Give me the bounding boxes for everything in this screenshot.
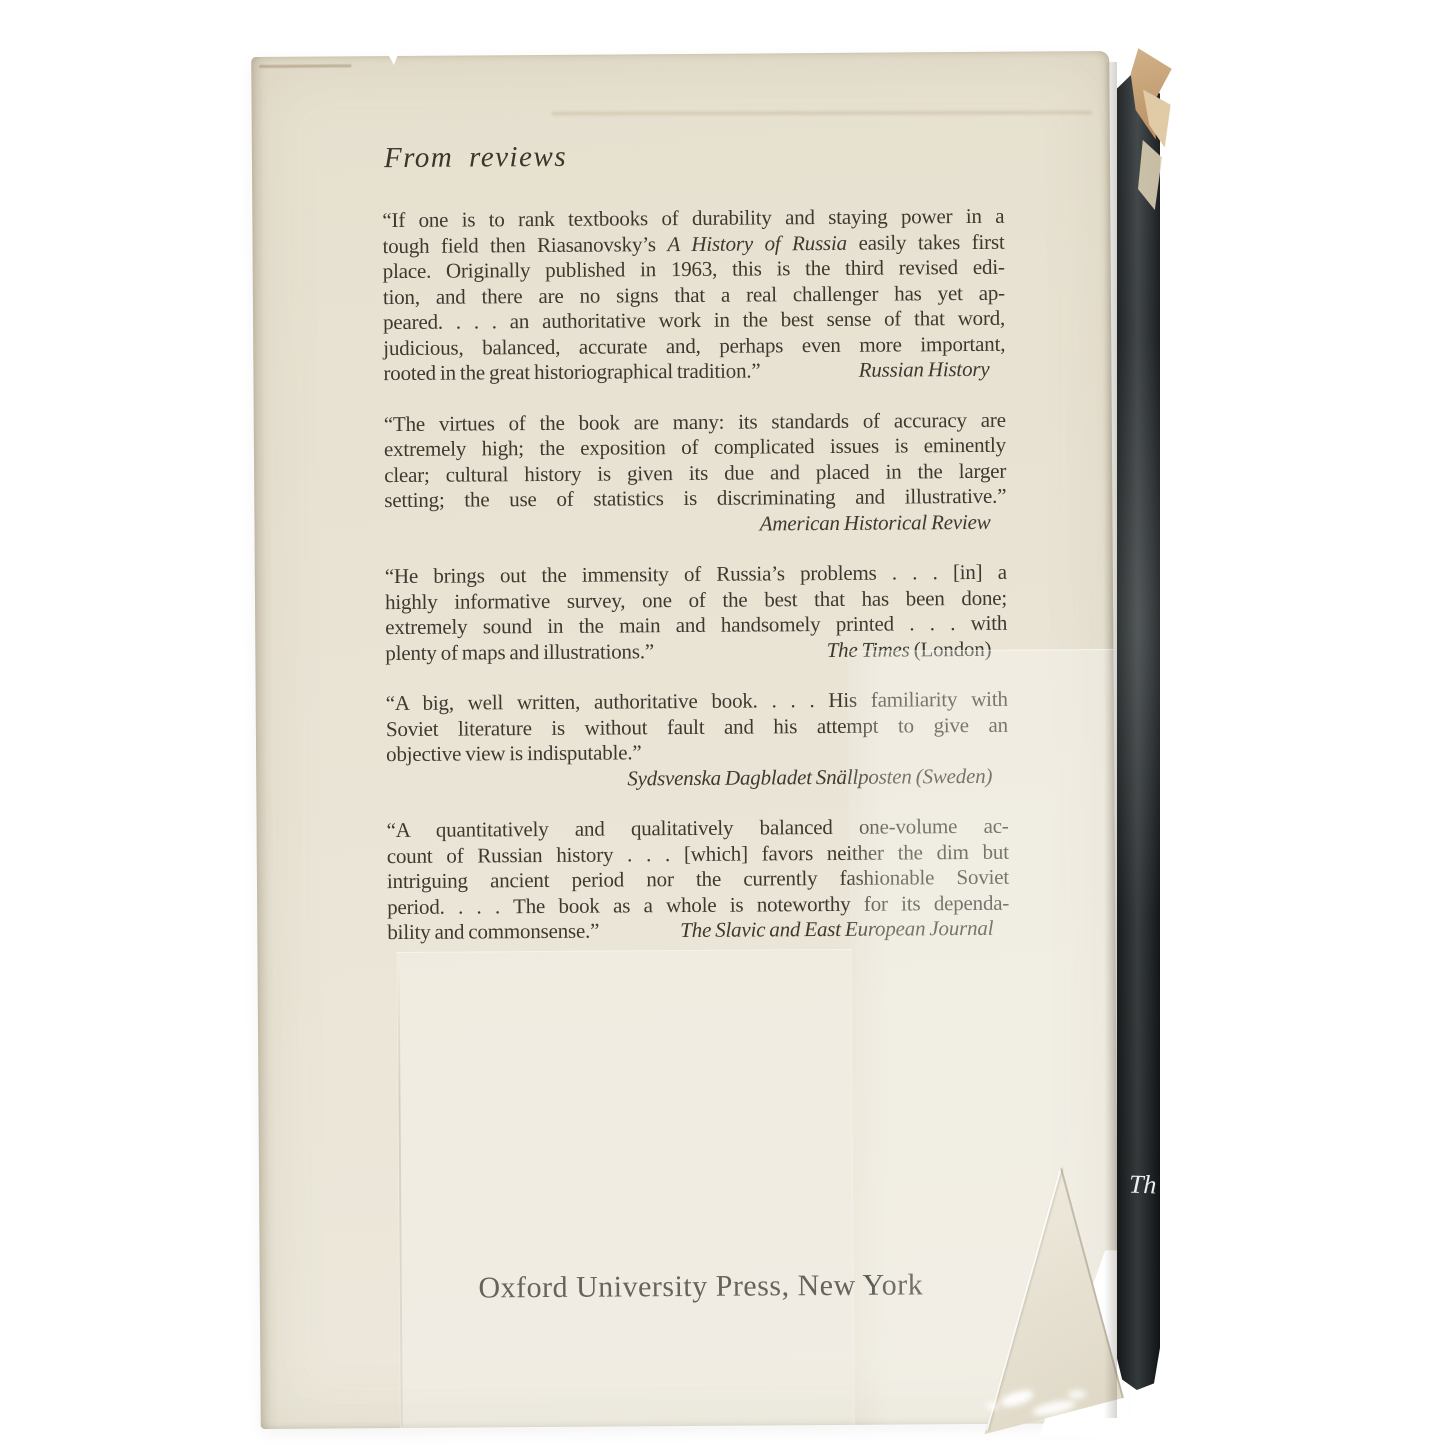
review-text: peared. . . . an authoritative work in t… bbox=[383, 306, 1005, 334]
review-text-italic: American Historical Review bbox=[760, 509, 991, 535]
review-text-italic: The Times bbox=[827, 637, 910, 662]
review-text: “A big, well written, authoritative book… bbox=[386, 687, 1008, 715]
review-line-text: plenty of maps and illustrations.” bbox=[385, 639, 654, 666]
review-text: objective view is indisputable.” bbox=[386, 740, 642, 766]
review-line: rooted in the great historiographical tr… bbox=[383, 357, 1005, 387]
review-text: judicious, balanced, accurate and, perha… bbox=[383, 331, 1005, 359]
review-attribution: Sydsvenska Dagbladet Snällposten (Sweden… bbox=[386, 763, 1008, 793]
light-reflection-band-bottom bbox=[396, 949, 854, 1429]
review-text: (London) bbox=[910, 636, 992, 661]
top-edge-scuff bbox=[259, 64, 351, 68]
review-text: “He brings out the immensity of Russia’s… bbox=[385, 560, 1007, 588]
review-text: tion, and there are no signs that a real… bbox=[383, 280, 1005, 308]
cover-spine-gap-shadow bbox=[1104, 62, 1117, 1418]
cover-left-edge-wear bbox=[251, 57, 279, 1429]
review-text: setting; the use of statistics is discri… bbox=[384, 484, 1006, 512]
review-quote: “The virtues of the book are many: its s… bbox=[384, 407, 1007, 539]
review-text: period. . . . The book as a whole is not… bbox=[387, 890, 1009, 918]
review-text-italic: The Slavic and East European Journal bbox=[680, 916, 993, 942]
review-text: rooted in the great historiographical tr… bbox=[383, 358, 760, 385]
cover-printed-content: From reviews “If one is to rank textbook… bbox=[382, 138, 1010, 971]
review-attribution: The Slavic and East European Journal bbox=[680, 916, 1009, 944]
review-text: bility and commonsense.” bbox=[387, 919, 599, 944]
review-text: clear; cultural history is given its due… bbox=[384, 458, 1006, 486]
review-quote: “A quantitatively and qualitatively bala… bbox=[387, 814, 1010, 946]
review-attribution: The Times (London) bbox=[827, 636, 1008, 663]
book-spine: Th bbox=[1117, 70, 1160, 1390]
review-line: Soviet literature is without fault and h… bbox=[386, 712, 1008, 742]
glare-spot bbox=[986, 1402, 998, 1410]
review-line: plenty of maps and illustrations.”The Ti… bbox=[385, 636, 1007, 666]
review-text: place. Originally published in 1963, thi… bbox=[383, 255, 1005, 283]
review-text-italic: Sydsvenska Dagbladet Snällposten (Sweden… bbox=[627, 763, 992, 790]
review-attribution: American Historical Review bbox=[384, 509, 1006, 539]
review-text: “A quantitatively and qualitatively bala… bbox=[387, 814, 1009, 842]
review-line-text: rooted in the great historiographical tr… bbox=[383, 358, 760, 386]
review-text-italic: A History of Russia bbox=[667, 230, 847, 255]
review-quote: “A big, well written, authoritative book… bbox=[386, 687, 1009, 793]
review-text: intriguing ancient period nor the curren… bbox=[387, 865, 1009, 893]
glare-spot bbox=[1068, 1390, 1086, 1399]
review-text: “The virtues of the book are many: its s… bbox=[384, 407, 1006, 435]
review-text: extremely sound in the main and handsome… bbox=[385, 611, 1007, 639]
review-quote: “He brings out the immensity of Russia’s… bbox=[385, 560, 1008, 666]
review-text: easily takes first bbox=[847, 229, 1005, 254]
publisher-line: Oxford University Press, New York bbox=[390, 1268, 1012, 1306]
review-text: highly informative survey, one of the be… bbox=[385, 585, 1007, 613]
spine-title-fragment: Th bbox=[1128, 1170, 1156, 1201]
review-text: extremely high; the exposition of compli… bbox=[384, 433, 1006, 461]
review-text: plenty of maps and illustrations.” bbox=[385, 639, 654, 665]
scuff-mark bbox=[552, 111, 1092, 116]
review-attribution: Russian History bbox=[859, 357, 1006, 384]
review-text: tough field then Riasanovsky’s bbox=[382, 232, 667, 258]
reviews-list: “If one is to rank textbooks of durabili… bbox=[382, 204, 1009, 946]
review-line-text: bility and commonsense.” bbox=[387, 919, 599, 946]
review-line: bility and commonsense.”The Slavic and E… bbox=[387, 916, 1009, 946]
review-text-italic: Russian History bbox=[859, 357, 990, 382]
review-text: count of Russian history . . . [which] f… bbox=[387, 839, 1009, 867]
review-text: “If one is to rank textbooks of durabili… bbox=[382, 204, 1004, 232]
book-back-cover: From reviews “If one is to rank textbook… bbox=[251, 51, 1119, 1429]
photo-backdrop: From reviews “If one is to rank textbook… bbox=[0, 0, 1445, 1445]
reviews-heading: From reviews bbox=[384, 138, 1004, 175]
review-quote: “If one is to rank textbooks of durabili… bbox=[382, 204, 1005, 387]
vertical-crease-line bbox=[398, 956, 403, 1426]
review-text: Soviet literature is without fault and h… bbox=[386, 712, 1008, 740]
